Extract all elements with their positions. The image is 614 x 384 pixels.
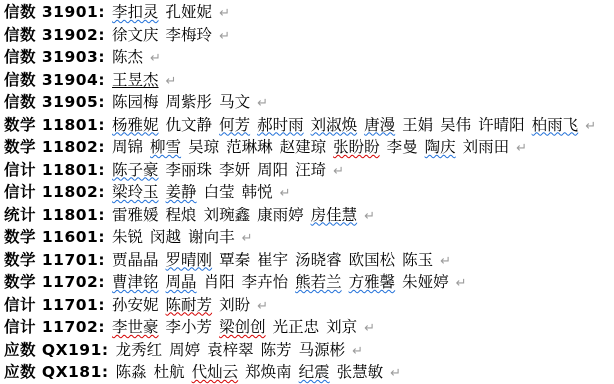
student-name: 许晴阳 — [478, 116, 525, 134]
class-line[interactable]: 统计 11801:雷雅媛程烺刘琬鑫康雨婷房佳慧↵ — [4, 204, 614, 227]
student-name: 雷雅媛 — [112, 206, 159, 224]
student-name: 姜静 — [166, 183, 197, 201]
paragraph-mark: ↵ — [585, 119, 596, 134]
class-label: 信计 11802: — [4, 183, 105, 201]
student-name: 曹津铭 — [112, 273, 159, 291]
paragraph-mark: ↵ — [333, 164, 344, 179]
student-name: 周婷 — [169, 341, 200, 359]
student-name: 李小芳 — [166, 318, 213, 336]
class-label: 应数 QX181: — [4, 363, 109, 381]
student-name: 汪琦 — [295, 161, 326, 179]
class-label: 信数 31901: — [4, 3, 105, 21]
student-name: 孔娅妮 — [166, 3, 213, 21]
class-line[interactable]: 数学 11701:贾晶晶罗晴刚覃秦崔宇汤晓睿欧国松陈玉↵ — [4, 249, 614, 272]
student-name: 康雨婷 — [257, 206, 304, 224]
student-name: 李丽珠 — [166, 161, 213, 179]
student-name: 周锦 — [112, 138, 143, 156]
paragraph-mark: ↵ — [166, 74, 177, 89]
class-label: 应数 QX191: — [4, 341, 109, 359]
student-name: 陈耐芳 — [166, 296, 213, 314]
student-name: 柏雨飞 — [532, 116, 579, 134]
student-name: 光正忠 — [273, 318, 320, 336]
class-label: 信数 31902: — [4, 26, 105, 44]
student-name: 闵越 — [150, 228, 181, 246]
student-name: 李卉怡 — [242, 273, 289, 291]
class-label: 信计 11701: — [4, 296, 105, 314]
paragraph-mark: ↵ — [219, 6, 230, 21]
student-name: 周紫彤 — [166, 93, 213, 111]
class-line[interactable]: 信计 11701:孙安妮陈耐芳刘盼↵ — [4, 294, 614, 317]
student-name: 吴伟 — [440, 116, 471, 134]
student-name: 陈芳 — [261, 341, 292, 359]
student-name: 何芳 — [219, 116, 250, 134]
student-name: 王娟 — [402, 116, 433, 134]
student-name: 陈玉 — [402, 251, 433, 269]
class-label: 数学 11802: — [4, 138, 105, 156]
class-line[interactable]: 数学 11601:朱锐闵越谢向丰↵ — [4, 226, 614, 249]
student-name: 朱娅婷 — [402, 273, 449, 291]
class-line[interactable]: 数学 11801:杨雅妮仇文静何芳郝时雨刘淑焕唐漫王娟吴伟许晴阳柏雨飞↵ — [4, 114, 614, 137]
class-line[interactable]: 应数 QX181:陈淼杜航代灿云郑焕南纪震张慧敏↵ — [4, 361, 614, 384]
student-name: 刘琬鑫 — [204, 206, 251, 224]
student-name: 刘淑焕 — [311, 116, 358, 134]
paragraph-mark: ↵ — [150, 51, 161, 66]
student-name: 仇文静 — [166, 116, 213, 134]
student-name: 谢向丰 — [188, 228, 235, 246]
student-name: 韩悦 — [242, 183, 273, 201]
student-name: 杜航 — [154, 363, 185, 381]
student-name: 欧国松 — [349, 251, 396, 269]
paragraph-mark: ↵ — [257, 299, 268, 314]
student-name: 肖阳 — [204, 273, 235, 291]
student-name: 徐文庆 — [112, 26, 159, 44]
student-name: 白莹 — [204, 183, 235, 201]
student-name: 代灿云 — [192, 363, 239, 381]
student-name: 杨雅妮 — [112, 116, 159, 134]
student-name: 范琳琳 — [226, 138, 273, 156]
student-name: 朱锐 — [112, 228, 143, 246]
student-name: 纪震 — [299, 363, 330, 381]
student-name: 陈子豪 — [112, 161, 159, 179]
student-name: 方雅馨 — [349, 273, 396, 291]
class-line[interactable]: 信数 31902:徐文庆李梅玲↵ — [4, 24, 614, 47]
student-name: 李妍 — [219, 161, 250, 179]
student-name: 刘雨田 — [463, 138, 510, 156]
student-name: 孙安妮 — [112, 296, 159, 314]
student-name: 张盼盼 — [333, 138, 380, 156]
paragraph-mark: ↵ — [440, 254, 451, 269]
student-name: 李世豪 — [112, 318, 159, 336]
student-name: 唐漫 — [364, 116, 395, 134]
class-line[interactable]: 数学 11802:周锦柳雪吴琼范琳琳赵建琼张盼盼李曼陶庆刘雨田↵ — [4, 136, 614, 159]
student-name: 张慧敏 — [337, 363, 384, 381]
student-name: 柳雪 — [150, 138, 181, 156]
student-name: 李曼 — [387, 138, 418, 156]
class-line[interactable]: 信数 31901:李扣灵孔娅妮↵ — [4, 1, 614, 24]
class-line[interactable]: 应数 QX191:龙秀红周婷袁梓翠陈芳马源彬↵ — [4, 339, 614, 362]
paragraph-mark: ↵ — [456, 276, 467, 291]
student-name: 龙秀红 — [116, 341, 163, 359]
class-label: 数学 11601: — [4, 228, 105, 246]
student-name: 陈淼 — [116, 363, 147, 381]
class-line[interactable]: 信数 31905:陈园梅周紫彤马文↵ — [4, 91, 614, 114]
paragraph-mark: ↵ — [219, 29, 230, 44]
student-name: 贾晶晶 — [112, 251, 159, 269]
class-label: 数学 11702: — [4, 273, 105, 291]
student-name: 郝时雨 — [257, 116, 304, 134]
paragraph-mark: ↵ — [364, 209, 375, 224]
class-line[interactable]: 数学 11702:曹津铭周晶肖阳李卉怡熊若兰方雅馨朱娅婷↵ — [4, 271, 614, 294]
paragraph-mark: ↵ — [352, 344, 363, 359]
student-name: 梁玲玉 — [112, 183, 159, 201]
paragraph-mark: ↵ — [280, 186, 291, 201]
student-name: 周阳 — [257, 161, 288, 179]
paragraph-mark: ↵ — [364, 321, 375, 336]
class-label: 数学 11701: — [4, 251, 105, 269]
student-name: 梁创创 — [219, 318, 266, 336]
class-label: 信数 31905: — [4, 93, 105, 111]
student-name: 吴琼 — [188, 138, 219, 156]
class-label: 数学 11801: — [4, 116, 105, 134]
class-line[interactable]: 信计 11702:李世豪李小芳梁创创光正忠刘京↵ — [4, 316, 614, 339]
class-line[interactable]: 信计 11802:梁玲玉姜静白莹韩悦↵ — [4, 181, 614, 204]
student-name: 袁梓翠 — [207, 341, 254, 359]
paragraph-mark: ↵ — [257, 96, 268, 111]
student-name: 周晶 — [166, 273, 197, 291]
student-name: 熊若兰 — [295, 273, 342, 291]
paragraph-mark: ↵ — [390, 366, 401, 381]
student-name: 李梅玲 — [166, 26, 213, 44]
paragraph-mark: ↵ — [516, 141, 527, 156]
student-name: 马文 — [219, 93, 250, 111]
student-name: 赵建琼 — [280, 138, 327, 156]
student-name: 陈杰 — [112, 48, 143, 66]
class-label: 信数 31903: — [4, 48, 105, 66]
student-name: 刘京 — [326, 318, 357, 336]
paragraph-mark: ↵ — [242, 231, 253, 246]
student-name: 覃秦 — [219, 251, 250, 269]
student-name: 汤晓睿 — [295, 251, 342, 269]
class-label: 信计 11702: — [4, 318, 105, 336]
student-name: 房佳慧 — [311, 206, 358, 224]
student-name: 陈园梅 — [112, 93, 159, 111]
class-label: 信数 31904: — [4, 71, 105, 89]
class-label: 信计 11801: — [4, 161, 105, 179]
class-label: 统计 11801: — [4, 206, 105, 224]
student-name: 郑焕南 — [245, 363, 292, 381]
student-name: 李扣灵 — [112, 3, 159, 21]
student-name: 罗晴刚 — [166, 251, 213, 269]
student-name: 陶庆 — [425, 138, 456, 156]
document-page[interactable]: 信数 31901:李扣灵孔娅妮↵信数 31902:徐文庆李梅玲↵信数 31903… — [0, 0, 614, 384]
class-line[interactable]: 信数 31904:王昱杰↵ — [4, 69, 614, 92]
class-line[interactable]: 信数 31903:陈杰↵ — [4, 46, 614, 69]
student-name: 崔宇 — [257, 251, 288, 269]
student-name: 王昱杰 — [112, 71, 159, 89]
student-name: 程烺 — [166, 206, 197, 224]
student-name: 刘盼 — [219, 296, 250, 314]
student-name: 马源彬 — [299, 341, 346, 359]
class-line[interactable]: 信计 11801:陈子豪李丽珠李妍周阳汪琦↵ — [4, 159, 614, 182]
